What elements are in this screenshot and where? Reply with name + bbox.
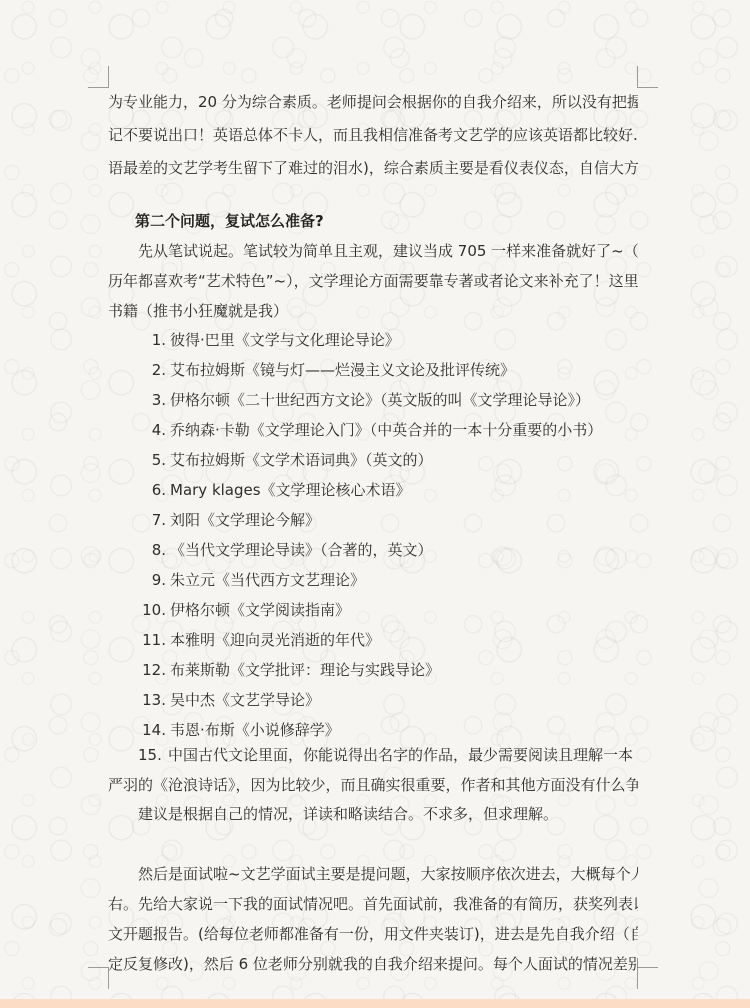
book-list-item: 10. 伊格尔顿《文学阅读指南》: [108, 595, 638, 625]
paragraph-line: 15. 中国古代文论里面，你能说得出名字的作品，最少需要阅读且理解一本（我选的是: [108, 740, 638, 770]
paragraph-line: 建议是根据自己的情况，详读和略读结合。不求多，但求理解。: [108, 799, 638, 829]
book-title: 伊格尔顿《二十世纪西方文论》（英文版的叫《文学理论导论》）: [108, 385, 590, 415]
paragraph-line: 严羽的《沧浪诗话》，因为比较少，而且确实很重要，作者和其他方面没有什么争议）。: [108, 770, 638, 800]
text-boundary-mark-top-right: [637, 66, 658, 88]
book-list-item: 2. 艾布拉姆斯《镜与灯——烂漫主义文论及批评传统》: [108, 355, 638, 385]
book-list-item: 4. 乔纳森·卡勒《文学理论入门》（中英合并的一本十分重要的小书）: [108, 415, 638, 445]
paragraph-line: 书籍（推书小狂魔就是我）: [108, 296, 638, 326]
paragraph-line: 定反复修改)，然后 6 位老师分别就我的自我介绍来提问。每个人面试的情况差别很大…: [108, 949, 638, 979]
section-heading-text: 第二个问题，复试怎么准备?: [108, 206, 638, 236]
text-boundary-mark-bottom-right: [637, 967, 658, 989]
book-title: 中国古代文论里面，你能说得出名字的作品，最少需要阅读且理解一本（我选的是: [108, 740, 638, 770]
section-heading: 第二个问题，复试怎么准备?: [108, 206, 638, 236]
book-recommendation-list: 1. 彼得·巴里《文学与文化理论导论》 2. 艾布拉姆斯《镜与灯——烂漫主义文论…: [108, 325, 638, 745]
text-boundary-mark-bottom-left: [88, 967, 109, 989]
book-number: 12.: [130, 655, 166, 685]
book-number: 1.: [130, 325, 166, 355]
paragraph-line: 右。先给大家说一下我的面试情况吧。首先面试前，我准备的有简历，获奖列表以及毕业论: [108, 889, 638, 919]
text-boundary-mark-top-left: [88, 66, 109, 88]
book-list-item: 5. 艾布拉姆斯《文学术语词典》（英文的）: [108, 445, 638, 475]
written-exam-paragraph: 先从笔试说起。笔试较为简单且主观，建议当成 705 一样来准备就好了~（特别注意…: [108, 236, 638, 326]
book-title: 艾布拉姆斯《镜与灯——烂漫主义文论及批评传统》: [108, 355, 515, 385]
book-list-item: 8. 《当代文学理论导读》（合著的，英文）: [108, 535, 638, 565]
book-title: 乔纳森·卡勒《文学理论入门》（中英合并的一本十分重要的小书）: [108, 415, 602, 445]
book-number: 2.: [130, 355, 166, 385]
paragraph-line: 记不要说出口！英语总体不卡人，而且我相信准备考文艺学的应该英语都比较好...(本…: [108, 119, 638, 152]
book-number: 15.: [138, 740, 162, 770]
paragraph-line: 为专业能力，20 分为综合素质。老师提问会根据你的自我介绍来，所以没有把握的千万…: [108, 86, 638, 119]
book-number: 3.: [130, 385, 166, 415]
paragraph-line: 然后是面试啦~文艺学面试主要是提问题，大家按顺序依次进去，大概每个人十分钟左: [108, 859, 638, 889]
book-number: 13.: [130, 685, 166, 715]
paragraph-line: 历年都喜欢考“艺术特色”~），文学理论方面需要靠专著或者论文来补充了！这里推荐一…: [108, 266, 638, 296]
book-list-item: 11. 本雅明《迎向灵光消逝的年代》: [108, 625, 638, 655]
book-number: 8.: [130, 535, 166, 565]
book-number: 6.: [130, 475, 166, 505]
book-list-item: 12. 布莱斯勒《文学批评：理论与实践导论》: [108, 655, 638, 685]
book-list-item: 6. Mary klages《文学理论核心术语》: [108, 475, 638, 505]
book-list-item: 9. 朱立元《当代西方文艺理论》: [108, 565, 638, 595]
paragraph-line: 语最差的文艺学考生留下了难过的泪水)，综合素质主要是看仪表仪态，自信大方最好。: [108, 152, 638, 185]
book-list-item: 7. 刘阳《文学理论今解》: [108, 505, 638, 535]
book-list-item: 1. 彼得·巴里《文学与文化理论导论》: [108, 325, 638, 355]
reading-advice-paragraph: 建议是根据自己的情况，详读和略读结合。不求多，但求理解。: [108, 799, 638, 829]
document-page: 为专业能力，20 分为综合素质。老师提问会根据你的自我介绍来，所以没有把握的千万…: [0, 0, 750, 1008]
book-number: 9.: [130, 565, 166, 595]
paragraph-line: 先从笔试说起。笔试较为简单且主观，建议当成 705 一样来准备就好了~（特别注意…: [108, 236, 638, 266]
book-number: 11.: [130, 625, 166, 655]
paragraph-line: 文开题报告。(给每位老师都准备有一份，用文件夹装订)，进去是先自我介绍（自我介绍…: [108, 919, 638, 949]
opening-paragraph: 为专业能力，20 分为综合素质。老师提问会根据你的自我介绍来，所以没有把握的千万…: [108, 86, 638, 185]
book-number: 4.: [130, 415, 166, 445]
book-number: 10.: [130, 595, 166, 625]
book-number: 7.: [130, 505, 166, 535]
bottom-peach-strip: [0, 999, 750, 1008]
book-list-item-15: 15. 中国古代文论里面，你能说得出名字的作品，最少需要阅读且理解一本（我选的是…: [108, 740, 638, 800]
book-list-item: 13. 吴中杰《文艺学导论》: [108, 685, 638, 715]
interview-paragraph: 然后是面试啦~文艺学面试主要是提问题，大家按顺序依次进去，大概每个人十分钟左 右…: [108, 859, 638, 979]
book-number: 5.: [130, 445, 166, 475]
book-list-item: 3. 伊格尔顿《二十世纪西方文论》（英文版的叫《文学理论导论》）: [108, 385, 638, 415]
